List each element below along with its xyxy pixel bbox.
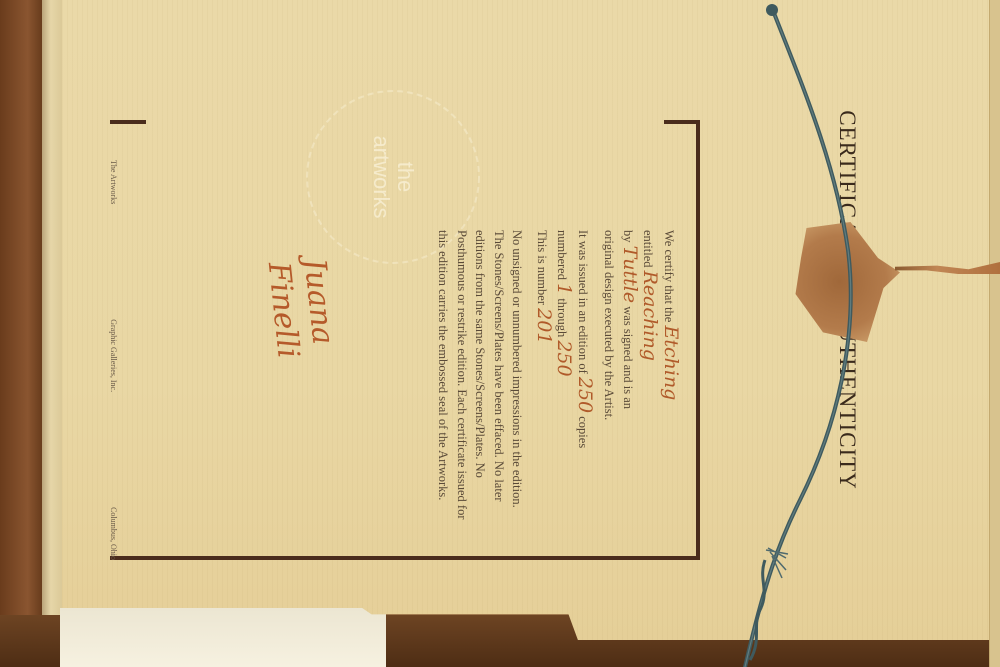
border-line: [110, 556, 700, 560]
frame-edge: [42, 0, 64, 620]
footer-location: Columbus, Ohio: [109, 507, 118, 560]
handwritten-medium: Etching: [660, 325, 682, 400]
printed-text: It was issued in an edition of: [576, 230, 590, 374]
printed-text: by: [621, 230, 635, 243]
printed-text: through: [556, 298, 570, 337]
printed-text: We certify that the: [662, 230, 676, 322]
printed-text: copies: [576, 416, 590, 448]
printed-text: was signed and is an: [621, 306, 635, 409]
handwritten-print-number: 201: [533, 308, 555, 344]
photo-scene: CERTIFICATE OF AUTHENTICITY We certify t…: [0, 0, 1000, 667]
certificate-footer: The Artworks Graphic Galleries, Inc. Col…: [109, 140, 118, 580]
handwritten-title: Reaching: [640, 271, 662, 361]
handwritten-from: 1: [554, 283, 576, 295]
cert-line: It was issued in an edition of 250 copie…: [533, 230, 595, 530]
frame-edge-right: [989, 0, 1000, 667]
embossed-seal: the artworks: [306, 90, 480, 264]
certificate: CERTIFICATE OF AUTHENTICITY We certify t…: [190, 60, 810, 540]
border-line: [696, 120, 700, 560]
footer-publisher: The Artworks: [109, 160, 118, 204]
cert-paragraph: No unsigned or unnumbered impressions in…: [434, 230, 527, 530]
printed-text: This is number: [535, 230, 549, 305]
printed-text: entitled: [642, 230, 656, 268]
border-line: [110, 120, 146, 124]
handwritten-edition-size: 250: [574, 377, 596, 413]
cert-line: We certify that the Etching entitled Rea…: [600, 230, 680, 530]
seal-text-bottom: artworks: [369, 135, 393, 218]
handwritten-artist: Tuttle: [619, 246, 641, 304]
wood-frame-left: [0, 0, 46, 667]
certificate-body: We certify that the Etching entitled Rea…: [428, 230, 680, 530]
printed-text: original design executed by the Artist.: [603, 230, 617, 420]
handwritten-to: 250: [554, 340, 576, 376]
printed-text: numbered: [556, 230, 570, 280]
border-line: [664, 120, 700, 124]
footer-company: Graphic Galleries, Inc.: [109, 319, 118, 392]
seal-text-top: the: [393, 162, 417, 193]
white-card: [60, 608, 386, 667]
